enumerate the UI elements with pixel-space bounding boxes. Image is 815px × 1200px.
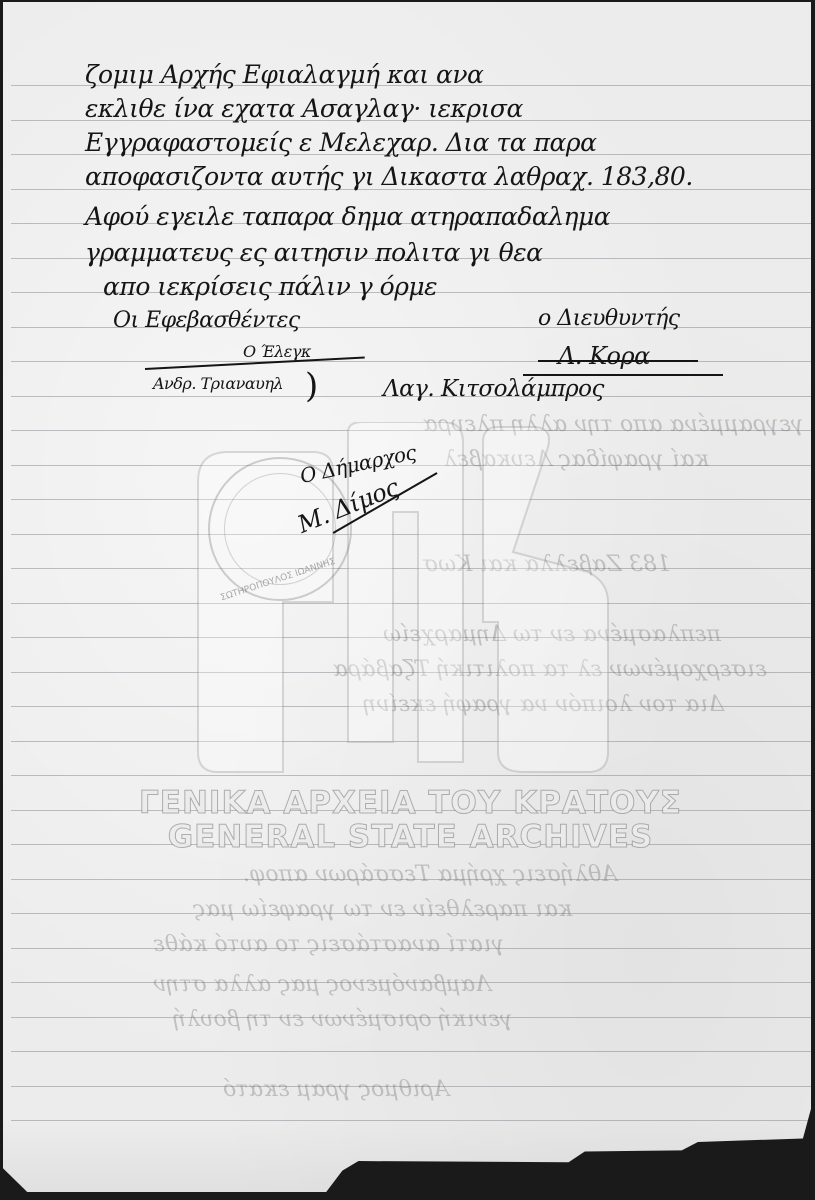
bleed-line: γενική ορισμένων εν τη βουλή bbox=[173, 1007, 513, 1032]
left-flourish: Ο Έλεγκ bbox=[243, 342, 311, 361]
bleed-line: Αριθμος γραμ εκατό bbox=[223, 1077, 449, 1102]
handwriting-line: εκλιθε ίνα εχατα Ασαγλαγ· ιεκρισα bbox=[85, 94, 523, 123]
handwriting-line: Εγγραφαστομείς ε Μελεχαρ. Δια τα παρα bbox=[85, 128, 596, 157]
bleed-line: Αθλήσεις χρήμα Τεσσάρων αποφ. bbox=[243, 862, 617, 887]
handwriting-line: απο ιεκρίσεις πάλιν γ όρμε bbox=[103, 272, 437, 301]
left-signatory-name: Ανδρ. Τριαναυηλ bbox=[153, 374, 283, 393]
paper-fold bbox=[3, 1122, 811, 1192]
bleed-line: και παρελθείν εν τω γραφείω μας bbox=[193, 897, 572, 922]
bleed-line: γιατί αναστάσεις το αυτό κάθε bbox=[153, 932, 505, 957]
bracket-flourish: ) bbox=[305, 366, 318, 406]
right-flourish: Λ. Κορα bbox=[558, 342, 650, 370]
handwriting-line: γραμματευς ες αιτησιν πολιτα γι θεα bbox=[85, 238, 543, 267]
watermark-greek: ΓΕΝΙΚΑ ΑΡΧΕΙΑ ΤΟΥ ΚΡΑΤΟΥΣ bbox=[3, 785, 815, 821]
handwriting-line: ζομιμ Αρχής Εφιαλαγμή και ανα bbox=[85, 60, 483, 89]
watermark-english: GENERAL STATE ARCHIVES bbox=[3, 819, 815, 855]
ruled-line bbox=[11, 1120, 811, 1121]
handwriting-line: αποφασιζοντα αυτής γι Δικαστα λαθραχ. 18… bbox=[85, 162, 693, 191]
right-signatory-name: Λαγ. Κιτσολάμπρος bbox=[383, 376, 604, 402]
left-heading: Οι Εφεβασθέντες bbox=[113, 308, 300, 333]
ruled-line bbox=[11, 1051, 811, 1052]
signature-underline bbox=[538, 360, 698, 362]
document-page: γεγραμμένα απο την αλλη πλευρα καί γραφί… bbox=[3, 2, 811, 1192]
handwriting-line: Αφού εγειλε ταπαρα δημα ατηραπαδαλημα bbox=[85, 202, 610, 231]
right-heading: ο Διευθυντής bbox=[538, 306, 680, 331]
bleed-line: Λαμβανόμενος μας αλλα στην bbox=[153, 972, 491, 997]
